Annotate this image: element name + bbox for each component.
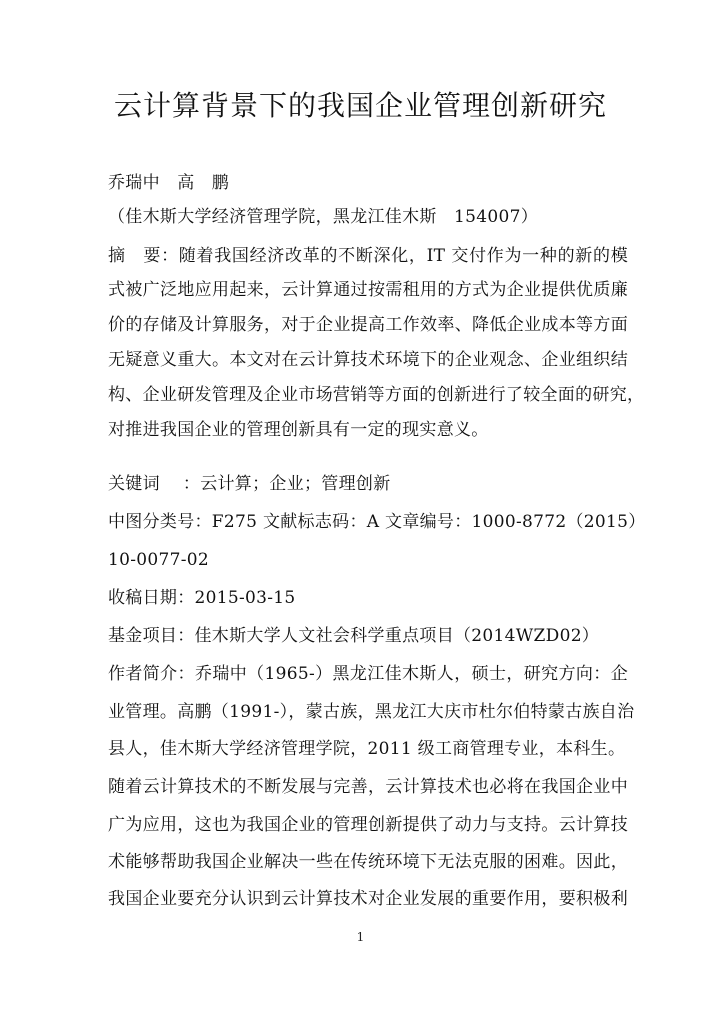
- author-bio-line: 县人，佳木斯大学经济管理学院，2011 级工商管理专业，本科生。: [108, 737, 628, 761]
- abstract-line: 摘 要：随着我国经济改革的不断深化，IT 交付作为一种的新的模: [108, 244, 628, 268]
- body-line: 随着云计算技术的不断发展与完善，云计算技术也必将在我国企业中: [108, 775, 628, 799]
- body-line: 我国企业要充分认识到云计算技术对企业发展的重要作用，要积极利: [108, 887, 628, 911]
- keywords: 关键词 ：云计算；企业；管理创新: [108, 472, 628, 496]
- abstract-line: 式被广泛地应用起来，云计算通过按需租用的方式为企业提供优质廉: [108, 278, 628, 302]
- paper-title: 云计算背景下的我国企业管理创新研究: [0, 86, 721, 126]
- body-line: 广为应用，这也为我国企业的管理创新提供了动力与支持。云计算技: [108, 813, 628, 837]
- received-date: 收稿日期：2015-03-15: [108, 586, 628, 610]
- affiliation: （佳木斯大学经济管理学院，黑龙江佳木斯 154007）: [108, 205, 628, 229]
- abstract-line: 价的存储及计算服务，对于企业提高工作效率、降低企业成本等方面: [108, 313, 628, 337]
- fund-project: 基金项目：佳木斯大学人文社会科学重点项目（2014WZD02）: [108, 624, 628, 648]
- authors: 乔瑞中 高 鹏: [108, 171, 628, 195]
- abstract-line: 构、企业研发管理及企业市场营销等方面的创新进行了较全面的研究，: [108, 383, 628, 407]
- abstract-line: 无疑意义重大。本文对在云计算技术环境下的企业观念、企业组织结: [108, 348, 628, 372]
- classification-line: 中图分类号：F275 文献标志码：A 文章编号：1000-8772（2015）: [108, 510, 628, 534]
- body-line: 术能够帮助我国企业解决一些在传统环境下无法克服的困难。因此，: [108, 850, 628, 874]
- abstract-line: 对推进我国企业的管理创新具有一定的现实意义。: [108, 418, 628, 442]
- author-bio-line: 作者简介：乔瑞中（1965-）黑龙江佳木斯人，硕士，研究方向：企: [108, 662, 628, 686]
- classification-line: 10-0077-02: [108, 548, 628, 572]
- author-bio-line: 业管理。高鹏（1991-），蒙古族，黑龙江大庆市杜尔伯特蒙古族自治: [108, 700, 628, 724]
- document-page: 云计算背景下的我国企业管理创新研究 乔瑞中 高 鹏 （佳木斯大学经济管理学院，黑…: [0, 0, 721, 1020]
- page-number: 1: [0, 930, 721, 944]
